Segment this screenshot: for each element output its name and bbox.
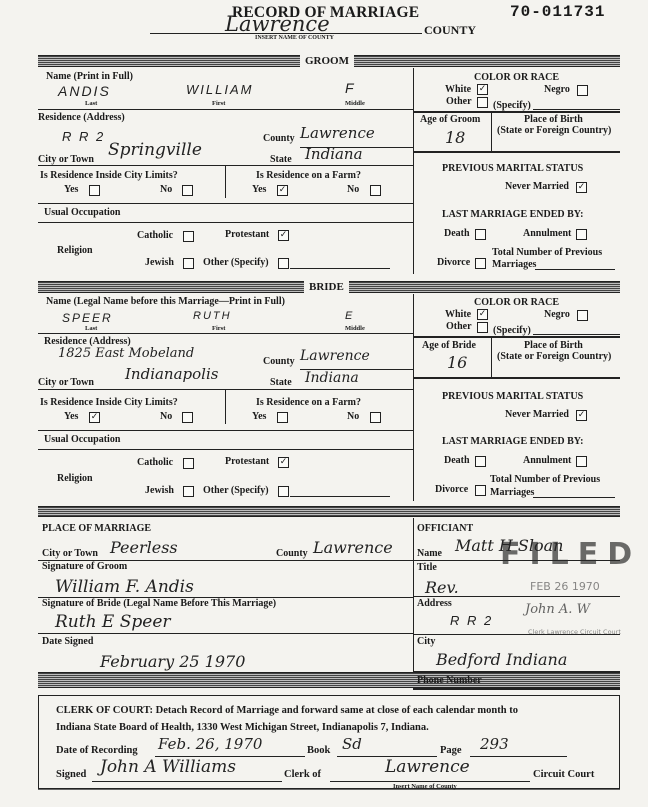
bride-state[interactable]: Indiana (305, 370, 359, 386)
bride-state-label: State (270, 377, 292, 388)
groom-death-label: Death (444, 228, 470, 239)
groom-first-label: First (212, 100, 225, 107)
bride-race-white-checkbox[interactable]: ✓ (477, 309, 488, 320)
divider (38, 222, 413, 223)
groom-religion-label: Religion (57, 245, 93, 256)
groom-religion-protestant-label: Protestant (225, 229, 269, 240)
groom-last-label: Last (85, 100, 97, 107)
groom-city-limits-no-checkbox[interactable] (182, 185, 193, 196)
groom-never-married-label: Never Married (505, 181, 569, 192)
clerk-of-label: Clerk of (284, 769, 321, 780)
groom-signature-label: Signature of Groom (42, 561, 127, 572)
divider (225, 390, 226, 424)
officiant-name-label: Name (417, 548, 442, 559)
date-signed[interactable]: February 25 1970 (100, 652, 245, 671)
groom-column-divider (413, 68, 414, 274)
bride-race-other-label: Other (446, 321, 472, 332)
bride-death-checkbox[interactable] (475, 456, 486, 467)
bride-address[interactable]: 1825 East Mobeland (58, 346, 194, 361)
bride-religion-catholic-checkbox[interactable] (183, 458, 194, 469)
divider (413, 336, 620, 338)
bride-farm-no-checkbox[interactable] (370, 412, 381, 423)
groom-religion-jewish-checkbox[interactable] (183, 258, 194, 269)
bride-never-married-label: Never Married (505, 409, 569, 420)
groom-religion-catholic-label: Catholic (137, 230, 173, 241)
divider (491, 338, 492, 378)
officiant-address[interactable]: R R 2 (450, 613, 493, 628)
date-signed-label: Date Signed (42, 636, 93, 647)
groom-banner: GROOM (38, 55, 620, 67)
groom-race-other-checkbox[interactable] (477, 97, 488, 108)
officiant-city[interactable]: Bedford Indiana (436, 650, 567, 669)
marriage-column-divider (413, 518, 414, 688)
bride-race-other-checkbox[interactable] (477, 322, 488, 333)
bride-signature-label: Signature of Bride (Legal Name Before Th… (42, 598, 276, 609)
bride-religion-catholic-label: Catholic (137, 457, 173, 468)
header-county-line (150, 33, 422, 34)
bride-religion-jewish-label: Jewish (145, 485, 174, 496)
groom-death-checkbox[interactable] (475, 229, 486, 240)
groom-total-prev-label-2: Marriages (492, 259, 536, 270)
bride-signature[interactable]: Ruth E Speer (55, 612, 171, 632)
underline (533, 334, 620, 335)
divider (413, 377, 620, 379)
bride-religion-protestant-label: Protestant (225, 456, 269, 467)
underline (533, 497, 615, 498)
marriage-city-label: City or Town (42, 548, 98, 559)
underline (290, 496, 390, 497)
groom-farm-no-label: No (347, 184, 359, 195)
clerk-signature[interactable]: John A Williams (100, 757, 236, 777)
bride-divorce-checkbox[interactable] (475, 485, 486, 496)
bride-section-label: BRIDE (304, 281, 349, 293)
underline (535, 269, 615, 270)
groom-divorce-label: Divorce (437, 257, 470, 268)
bride-race-negro-label: Negro (544, 309, 570, 320)
bride-city[interactable]: Indianapolis (125, 365, 218, 383)
book-value[interactable]: Sd (342, 735, 362, 753)
bride-middle-label: Middle (345, 325, 365, 332)
bride-last-label: Last (85, 325, 97, 332)
groom-race-negro-checkbox[interactable] (577, 85, 588, 96)
groom-divorce-checkbox[interactable] (475, 258, 486, 269)
groom-county-label: County (263, 133, 295, 144)
divider (413, 151, 620, 153)
groom-city-limits-question: Is Residence Inside City Limits? (40, 170, 178, 181)
groom-name-label: Name (Print in Full) (46, 71, 133, 82)
bride-annulment-checkbox[interactable] (576, 456, 587, 467)
bride-city-limits-yes-checkbox[interactable]: ✓ (89, 412, 100, 423)
groom-race-white-checkbox[interactable]: ✓ (477, 84, 488, 95)
groom-first-name[interactable]: WILLIAM (186, 82, 253, 97)
bride-county-label: County (263, 356, 295, 367)
bride-city-limits-no-checkbox[interactable] (182, 412, 193, 423)
underline (290, 268, 390, 269)
clerk-court-stamp: Clerk Lawrence Circuit Court (528, 628, 621, 636)
bride-death-label: Death (444, 455, 470, 466)
bride-farm-no-label: No (347, 411, 359, 422)
marriage-city[interactable]: Peerless (110, 538, 178, 557)
divider (38, 430, 413, 431)
bride-total-prev-label-1: Total Number of Previous (490, 474, 600, 485)
groom-city-limits-yes-checkbox[interactable] (89, 185, 100, 196)
header-county-hint: INSERT NAME OF COUNTY (255, 35, 334, 41)
groom-total-prev-label-1: Total Number of Previous (492, 247, 602, 258)
bride-color-race-label: COLOR OR RACE (474, 297, 559, 308)
bride-annulment-label: Annulment (523, 455, 571, 466)
groom-farm-question: Is Residence on a Farm? (256, 170, 361, 181)
clerk-instruction-line-1: CLERK OF COURT: Detach Record of Marriag… (56, 705, 518, 716)
groom-middle-label: Middle (345, 100, 365, 107)
divider (413, 671, 620, 672)
divider (38, 633, 413, 634)
bride-never-married-checkbox[interactable]: ✓ (576, 410, 587, 421)
bride-religion-jewish-checkbox[interactable] (183, 486, 194, 497)
divider (38, 333, 413, 334)
divider (38, 449, 413, 450)
groom-state-label: State (270, 154, 292, 165)
groom-marital-status-label: PREVIOUS MARITAL STATUS (442, 163, 583, 174)
bride-occupation-label: Usual Occupation (44, 434, 120, 445)
bride-last-marriage-label: LAST MARRIAGE ENDED BY: (442, 436, 583, 447)
groom-age[interactable]: 18 (445, 128, 465, 147)
officiant-title-label: Title (417, 562, 437, 573)
groom-occupation-label: Usual Occupation (44, 207, 120, 218)
bride-birthplace-label: Place of Birth (524, 340, 583, 351)
groom-annulment-checkbox[interactable] (576, 229, 587, 240)
bride-farm-yes-label: Yes (252, 411, 266, 422)
divider (413, 111, 620, 113)
bride-city-limits-no-label: No (160, 411, 172, 422)
marriage-county[interactable]: Lawrence (313, 538, 393, 557)
groom-farm-no-checkbox[interactable] (370, 185, 381, 196)
bride-farm-yes-checkbox[interactable] (277, 412, 288, 423)
groom-city-label: City or Town (38, 154, 94, 165)
underline (533, 109, 620, 110)
underline (470, 756, 567, 757)
bride-religion-other-checkbox[interactable] (278, 486, 289, 497)
filed-date-stamp: FEB 26 1970 (530, 580, 600, 593)
filed-stamp: FILED (500, 537, 641, 572)
bride-last-name[interactable]: SPEER (62, 311, 113, 325)
groom-religion-other-label: Other (Specify) (203, 257, 269, 268)
divider (38, 109, 413, 110)
bride-birthplace-sublabel: (State or Foreign Country) (497, 351, 611, 362)
bride-farm-question: Is Residence on a Farm? (256, 397, 361, 408)
groom-county[interactable]: Lawrence (300, 124, 375, 142)
marriage-banner (38, 506, 620, 517)
clerk-county[interactable]: Lawrence (385, 757, 470, 777)
bride-first-name[interactable]: RUTH (193, 310, 232, 322)
bride-race-specify-label: (Specify) (493, 325, 531, 336)
bride-divorce-label: Divorce (435, 484, 468, 495)
circuit-court-label: Circuit Court (533, 769, 594, 780)
groom-race-white-label: White (445, 84, 471, 95)
groom-religion-protestant-checkbox[interactable]: ✓ (278, 230, 289, 241)
clerk-instruction-line-2: Indiana State Board of Health, 1330 West… (56, 722, 429, 733)
bride-column-divider (413, 294, 414, 501)
officiant-title[interactable]: Rev. (425, 578, 459, 597)
groom-last-name[interactable]: ANDIS (58, 83, 111, 99)
officiant-phone-label: Phone Number (417, 675, 482, 686)
bride-religion-other-label: Other (Specify) (203, 485, 269, 496)
groom-race-other-label: Other (446, 96, 472, 107)
groom-color-race-label: COLOR OR RACE (474, 72, 559, 83)
groom-religion-catholic-checkbox[interactable] (183, 231, 194, 242)
groom-city[interactable]: Springville (108, 140, 202, 160)
groom-signature[interactable]: William F. Andis (55, 577, 194, 597)
groom-religion-jewish-label: Jewish (145, 257, 174, 268)
divider (491, 112, 492, 152)
recording-date[interactable]: Feb. 26, 1970 (158, 735, 262, 753)
bride-city-label: City or Town (38, 377, 94, 388)
page-value[interactable]: 293 (480, 735, 509, 753)
bride-total-prev-label-2: Marriages (490, 487, 534, 498)
groom-race-negro-label: Negro (544, 84, 570, 95)
page-label: Page (440, 745, 462, 756)
groom-race-specify-label: (Specify) (493, 100, 531, 111)
bride-name-label: Name (Legal Name before this Marriage—Pr… (46, 296, 285, 307)
officiant-city-label: City (417, 636, 435, 647)
bride-race-negro-checkbox[interactable] (577, 310, 588, 321)
bride-county[interactable]: Lawrence (300, 348, 370, 364)
bride-marital-status-label: PREVIOUS MARITAL STATUS (442, 391, 583, 402)
groom-section-label: GROOM (300, 55, 354, 67)
marriage-section-label: PLACE OF MARRIAGE (42, 523, 151, 534)
groom-middle-name[interactable]: F (345, 80, 356, 96)
groom-farm-yes-label: Yes (252, 184, 266, 195)
underline (92, 781, 282, 782)
divider (413, 596, 620, 597)
marriage-county-label: County (276, 548, 308, 559)
signed-label: Signed (56, 769, 86, 780)
officiant-section-label: OFFICIANT (417, 523, 473, 534)
bride-banner: BRIDE (38, 281, 620, 293)
bride-religion-protestant-checkbox[interactable]: ✓ (278, 457, 289, 468)
groom-city-limits-no-label: No (160, 184, 172, 195)
recording-date-label: Date of Recording (56, 745, 138, 756)
groom-last-marriage-label: LAST MARRIAGE ENDED BY: (442, 209, 583, 220)
groom-state[interactable]: Indiana (305, 145, 363, 163)
groom-birthplace-sublabel: (State or Foreign Country) (497, 125, 611, 136)
marriage-bottom-banner (38, 672, 620, 688)
groom-birthplace-label: Place of Birth (524, 114, 583, 125)
groom-city-limits-yes-label: Yes (64, 184, 78, 195)
bride-first-label: First (212, 325, 225, 332)
officiant-address-label: Address (417, 598, 452, 609)
divider (225, 166, 226, 198)
header-county-label: COUNTY (424, 23, 476, 38)
groom-residence-label: Residence (Address) (38, 112, 125, 123)
bride-city-limits-question: Is Residence Inside City Limits? (40, 397, 178, 408)
serial-number: 70-011731 (510, 3, 605, 21)
groom-religion-other-checkbox[interactable] (278, 258, 289, 269)
groom-farm-yes-checkbox[interactable]: ✓ (277, 185, 288, 196)
divider (38, 203, 413, 204)
bride-race-white-label: White (445, 309, 471, 320)
clerk-initials-stamp: John A. W (525, 602, 590, 617)
bride-age[interactable]: 16 (447, 353, 467, 372)
bride-city-limits-yes-label: Yes (64, 411, 78, 422)
groom-address[interactable]: R R 2 (62, 129, 105, 144)
bride-age-label: Age of Bride (422, 340, 476, 351)
groom-age-label: Age of Groom (420, 114, 480, 125)
groom-annulment-label: Annulment (523, 228, 571, 239)
book-label: Book (307, 745, 330, 756)
clerk-county-hint: Insert Name of County (393, 783, 457, 790)
bride-middle-name[interactable]: E (345, 310, 354, 322)
bride-religion-label: Religion (57, 473, 93, 484)
divider (413, 688, 620, 690)
underline (330, 781, 530, 782)
groom-never-married-checkbox[interactable]: ✓ (576, 182, 587, 193)
